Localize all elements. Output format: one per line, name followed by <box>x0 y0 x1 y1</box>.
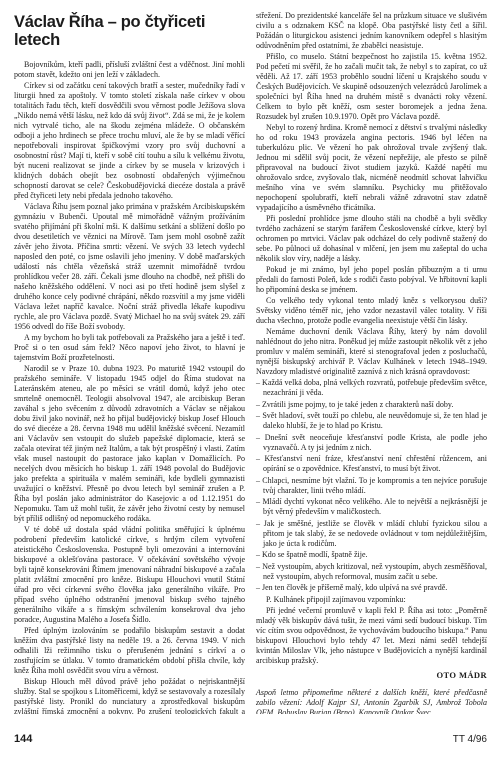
quote-line: – Křesťanství není fráze, křesťanství ne… <box>256 454 487 474</box>
page-title: Václav Říha – po čtyřiceti letech <box>14 13 245 49</box>
paragraph: A my bychom ho byli tak potřebovali za P… <box>14 333 245 363</box>
author-signature: OTO MÁDR <box>256 670 487 680</box>
paragraph: Narodil se v Praze 10. dubna 1923. Po ma… <box>14 364 245 524</box>
quote-line: – Jak je směšné, jestliže se člověk v ml… <box>256 519 487 549</box>
quote-line: – Jen ten člověk je příšerně malý, kdo u… <box>256 583 487 593</box>
paragraph: Biskup Hlouch měl důvod právě jeho požád… <box>14 677 245 714</box>
right-column: střežení. Do prezidentské kanceláře šel … <box>256 11 487 714</box>
journal-page: Václav Říha – po čtyřiceti letech Bojovn… <box>0 0 500 757</box>
paragraph: Pokud je mi známo, byl jeho popel poslán… <box>256 265 487 295</box>
paragraph: Před úplným izolováním se podařilo bisku… <box>14 626 245 676</box>
paragraph: Nebyl to rozený hrdina. Kromě nemocí z d… <box>256 123 487 213</box>
paragraph: Při jedné večerní promluvě v kapli řekl … <box>256 606 487 666</box>
quote-line: – Než vystoupím, abych kritizoval, než v… <box>256 562 487 582</box>
quote-line: – Mládí dychtí vykonat něco velikého. Al… <box>256 497 487 517</box>
two-column-layout: Václav Říha – po čtyřiceti letech Bojovn… <box>0 0 500 714</box>
quote-line: – Každá velká doba, plná velkých rozvrat… <box>256 378 487 398</box>
paragraph: P. Kulhánek připojil zajímavou vzpomínku… <box>256 595 487 605</box>
paragraph: střežení. Do prezidentské kanceláře šel … <box>256 11 487 51</box>
footer-page-number: 144 <box>14 733 32 745</box>
left-column-text: Bojovníkům, kteří padli, přísluší zvlášt… <box>14 60 245 714</box>
quote-line: – Svět hladoví, svět touží po chlebu, al… <box>256 411 487 431</box>
right-column-text: střežení. Do prezidentské kanceláře šel … <box>256 11 487 714</box>
paragraph: Co velkého tedy vykonal tento mladý kněz… <box>256 296 487 326</box>
paragraph: Bojovníkům, kteří padli, přísluší zvlášt… <box>14 60 245 80</box>
paragraph: Přišlo, co muselo. Státní bezpečnost ho … <box>256 52 487 122</box>
paragraph: Při poslední prohlídce jsme dlouho stáli… <box>256 214 487 264</box>
left-column: Václav Říha – po čtyřiceti letech Bojovn… <box>14 11 245 714</box>
paragraph: Václava Říhu jsem poznal jako primána v … <box>14 202 245 332</box>
postscript: Aspoň letmo připomeňme některé z dalších… <box>256 688 487 715</box>
page-footer: 144 TT 4/96 <box>14 733 487 745</box>
quote-line: – Zvrátili jsme pojmy, to je také jeden … <box>256 400 487 410</box>
quote-line: – Chlapci, nesmíme být vlažní. To je kom… <box>256 476 487 496</box>
paragraph: V té době už dostala spád vládní politik… <box>14 525 245 625</box>
quote-line: – Dnešní svět neoceňuje křesťanství podl… <box>256 433 487 453</box>
footer-issue-label: TT 4/96 <box>453 734 487 745</box>
paragraph: Nemáme duchovní deník Václava Říhy, kter… <box>256 327 487 377</box>
paragraph: Církev si od začátku cení takových bratř… <box>14 81 245 201</box>
quote-line: – Kdo se špatně modlí, špatně žije. <box>256 550 487 560</box>
